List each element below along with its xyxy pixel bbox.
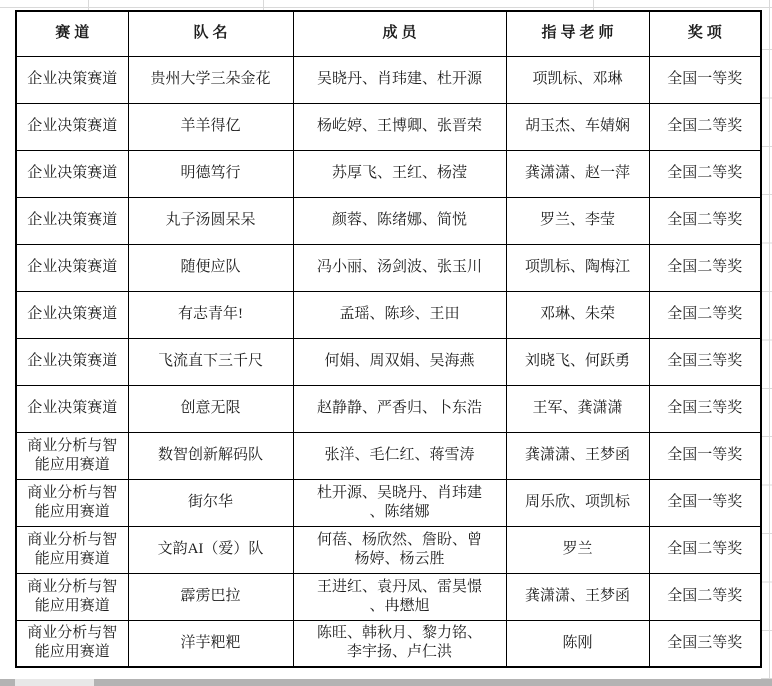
table-header-row: 赛道 队名 成员 指导老师 奖项 [16,11,761,56]
spreadsheet-canvas: 赛道 队名 成员 指导老师 奖项 企业决策赛道 贵州大学三朵金花 吴晓丹、肖玮建… [0,0,772,686]
cell-members[interactable]: 冯小丽、汤剑波、张玉川 [293,244,506,291]
cell-team[interactable]: 数智创新解码队 [128,432,293,479]
scrollbar-thumb[interactable] [15,679,94,686]
cell-members[interactable]: 颜蓉、陈绪娜、简悦 [293,197,506,244]
cell-team[interactable]: 洋芋粑粑 [128,620,293,667]
horizontal-scrollbar[interactable] [0,679,772,686]
cell-award[interactable]: 全国二等奖 [649,573,761,620]
cell-track[interactable]: 商业分析与智 能应用赛道 [16,526,128,573]
cell-members[interactable]: 苏厚飞、王红、杨滢 [293,150,506,197]
cell-award[interactable]: 全国三等奖 [649,385,761,432]
cell-track[interactable]: 企业决策赛道 [16,291,128,338]
cell-advisors[interactable]: 邓琳、朱荣 [506,291,649,338]
table-row: 企业决策赛道 贵州大学三朵金花 吴晓丹、肖玮建、杜开源 项凯标、邓琳 全国一等奖 [16,56,761,103]
cell-award[interactable]: 全国二等奖 [649,197,761,244]
table-row: 商业分析与智 能应用赛道 洋芋粑粑 陈旺、韩秋月、黎力铭、 李宇扬、卢仁洪 陈刚… [16,620,761,667]
table-row: 企业决策赛道 羊羊得亿 杨屹婷、王博卿、张晋荣 胡玉杰、车婧娴 全国二等奖 [16,103,761,150]
column-header-track: 赛道 [16,11,128,56]
table-row: 企业决策赛道 随便应队 冯小丽、汤剑波、张玉川 项凯标、陶梅江 全国二等奖 [16,244,761,291]
cell-track[interactable]: 企业决策赛道 [16,56,128,103]
cell-members[interactable]: 杜开源、吴晓丹、肖玮建 、陈绪娜 [293,479,506,526]
cell-advisors[interactable]: 龚潇潇、王梦函 [506,432,649,479]
cell-team[interactable]: 文韵AI（爱）队 [128,526,293,573]
cell-team[interactable]: 明德笃行 [128,150,293,197]
cell-award[interactable]: 全国一等奖 [649,432,761,479]
table-row: 企业决策赛道 丸子汤圆呆呆 颜蓉、陈绪娜、简悦 罗兰、李莹 全国二等奖 [16,197,761,244]
gridline-vertical [263,0,264,10]
cell-track[interactable]: 商业分析与智 能应用赛道 [16,573,128,620]
cell-track[interactable]: 商业分析与智 能应用赛道 [16,620,128,667]
cell-award[interactable]: 全国一等奖 [649,56,761,103]
cell-members[interactable]: 杨屹婷、王博卿、张晋荣 [293,103,506,150]
table-row: 商业分析与智 能应用赛道 数智创新解码队 张洋、毛仁红、蒋雪涛 龚潇潇、王梦函 … [16,432,761,479]
cell-award[interactable]: 全国三等奖 [649,338,761,385]
gridline-vertical [593,0,594,10]
cell-members[interactable]: 陈旺、韩秋月、黎力铭、 李宇扬、卢仁洪 [293,620,506,667]
cell-advisors[interactable]: 王军、龚潇潇 [506,385,649,432]
cell-members[interactable]: 何蓓、杨欣然、詹盼、曾 杨婷、杨云胜 [293,526,506,573]
table-row: 商业分析与智 能应用赛道 文韵AI（爱）队 何蓓、杨欣然、詹盼、曾 杨婷、杨云胜… [16,526,761,573]
table-row: 企业决策赛道 创意无限 赵静静、严香归、卜东浩 王军、龚潇潇 全国三等奖 [16,385,761,432]
cell-advisors[interactable]: 项凯标、邓琳 [506,56,649,103]
cell-team[interactable]: 霹雳巴拉 [128,573,293,620]
cell-advisors[interactable]: 项凯标、陶梅江 [506,244,649,291]
cell-members[interactable]: 赵静静、严香归、卜东浩 [293,385,506,432]
column-header-members: 成员 [293,11,506,56]
cell-advisors[interactable]: 罗兰 [506,526,649,573]
cell-award[interactable]: 全国二等奖 [649,244,761,291]
gridline-horizontal [0,7,772,8]
cell-members[interactable]: 何娟、周双娟、吴海燕 [293,338,506,385]
table-row: 企业决策赛道 有志青年! 孟瑶、陈珍、王田 邓琳、朱荣 全国二等奖 [16,291,761,338]
cell-advisors[interactable]: 刘晓飞、何跃勇 [506,338,649,385]
column-header-team: 队名 [128,11,293,56]
gridline-row-ticks [761,49,772,679]
cell-award[interactable]: 全国二等奖 [649,150,761,197]
cell-track[interactable]: 商业分析与智 能应用赛道 [16,432,128,479]
cell-award[interactable]: 全国一等奖 [649,479,761,526]
cell-award[interactable]: 全国二等奖 [649,103,761,150]
cell-team[interactable]: 飞流直下三千尺 [128,338,293,385]
cell-track[interactable]: 商业分析与智 能应用赛道 [16,479,128,526]
column-header-advisors: 指导老师 [506,11,649,56]
cell-track[interactable]: 企业决策赛道 [16,244,128,291]
cell-team[interactable]: 丸子汤圆呆呆 [128,197,293,244]
cell-team[interactable]: 创意无限 [128,385,293,432]
cell-track[interactable]: 企业决策赛道 [16,385,128,432]
cell-team[interactable]: 羊羊得亿 [128,103,293,150]
table-row: 商业分析与智 能应用赛道 霹雳巴拉 王进红、袁丹凤、雷昊憬 、冉懋旭 龚潇潇、王… [16,573,761,620]
cell-track[interactable]: 企业决策赛道 [16,338,128,385]
cell-members[interactable]: 张洋、毛仁红、蒋雪涛 [293,432,506,479]
table-row: 企业决策赛道 明德笃行 苏厚飞、王红、杨滢 龚潇潇、赵一萍 全国二等奖 [16,150,761,197]
cell-team[interactable]: 有志青年! [128,291,293,338]
cell-advisors[interactable]: 龚潇潇、赵一萍 [506,150,649,197]
awards-table: 赛道 队名 成员 指导老师 奖项 企业决策赛道 贵州大学三朵金花 吴晓丹、肖玮建… [15,10,762,668]
cell-advisors[interactable]: 陈刚 [506,620,649,667]
cell-members[interactable]: 王进红、袁丹凤、雷昊憬 、冉懋旭 [293,573,506,620]
cell-advisors[interactable]: 周乐欣、项凯标 [506,479,649,526]
table-row: 企业决策赛道 飞流直下三千尺 何娟、周双娟、吴海燕 刘晓飞、何跃勇 全国三等奖 [16,338,761,385]
cell-team[interactable]: 贵州大学三朵金花 [128,56,293,103]
cell-team[interactable]: 街尔华 [128,479,293,526]
cell-track[interactable]: 企业决策赛道 [16,150,128,197]
cell-members[interactable]: 孟瑶、陈珍、王田 [293,291,506,338]
column-header-award: 奖项 [649,11,761,56]
cell-award[interactable]: 全国二等奖 [649,291,761,338]
gridline-vertical [88,0,89,10]
cell-advisors[interactable]: 胡玉杰、车婧娴 [506,103,649,150]
cell-track[interactable]: 企业决策赛道 [16,197,128,244]
cell-advisors[interactable]: 罗兰、李莹 [506,197,649,244]
cell-award[interactable]: 全国二等奖 [649,526,761,573]
cell-track[interactable]: 企业决策赛道 [16,103,128,150]
table-row: 商业分析与智 能应用赛道 街尔华 杜开源、吴晓丹、肖玮建 、陈绪娜 周乐欣、项凯… [16,479,761,526]
cell-team[interactable]: 随便应队 [128,244,293,291]
cell-members[interactable]: 吴晓丹、肖玮建、杜开源 [293,56,506,103]
cell-award[interactable]: 全国三等奖 [649,620,761,667]
cell-advisors[interactable]: 龚潇潇、王梦函 [506,573,649,620]
